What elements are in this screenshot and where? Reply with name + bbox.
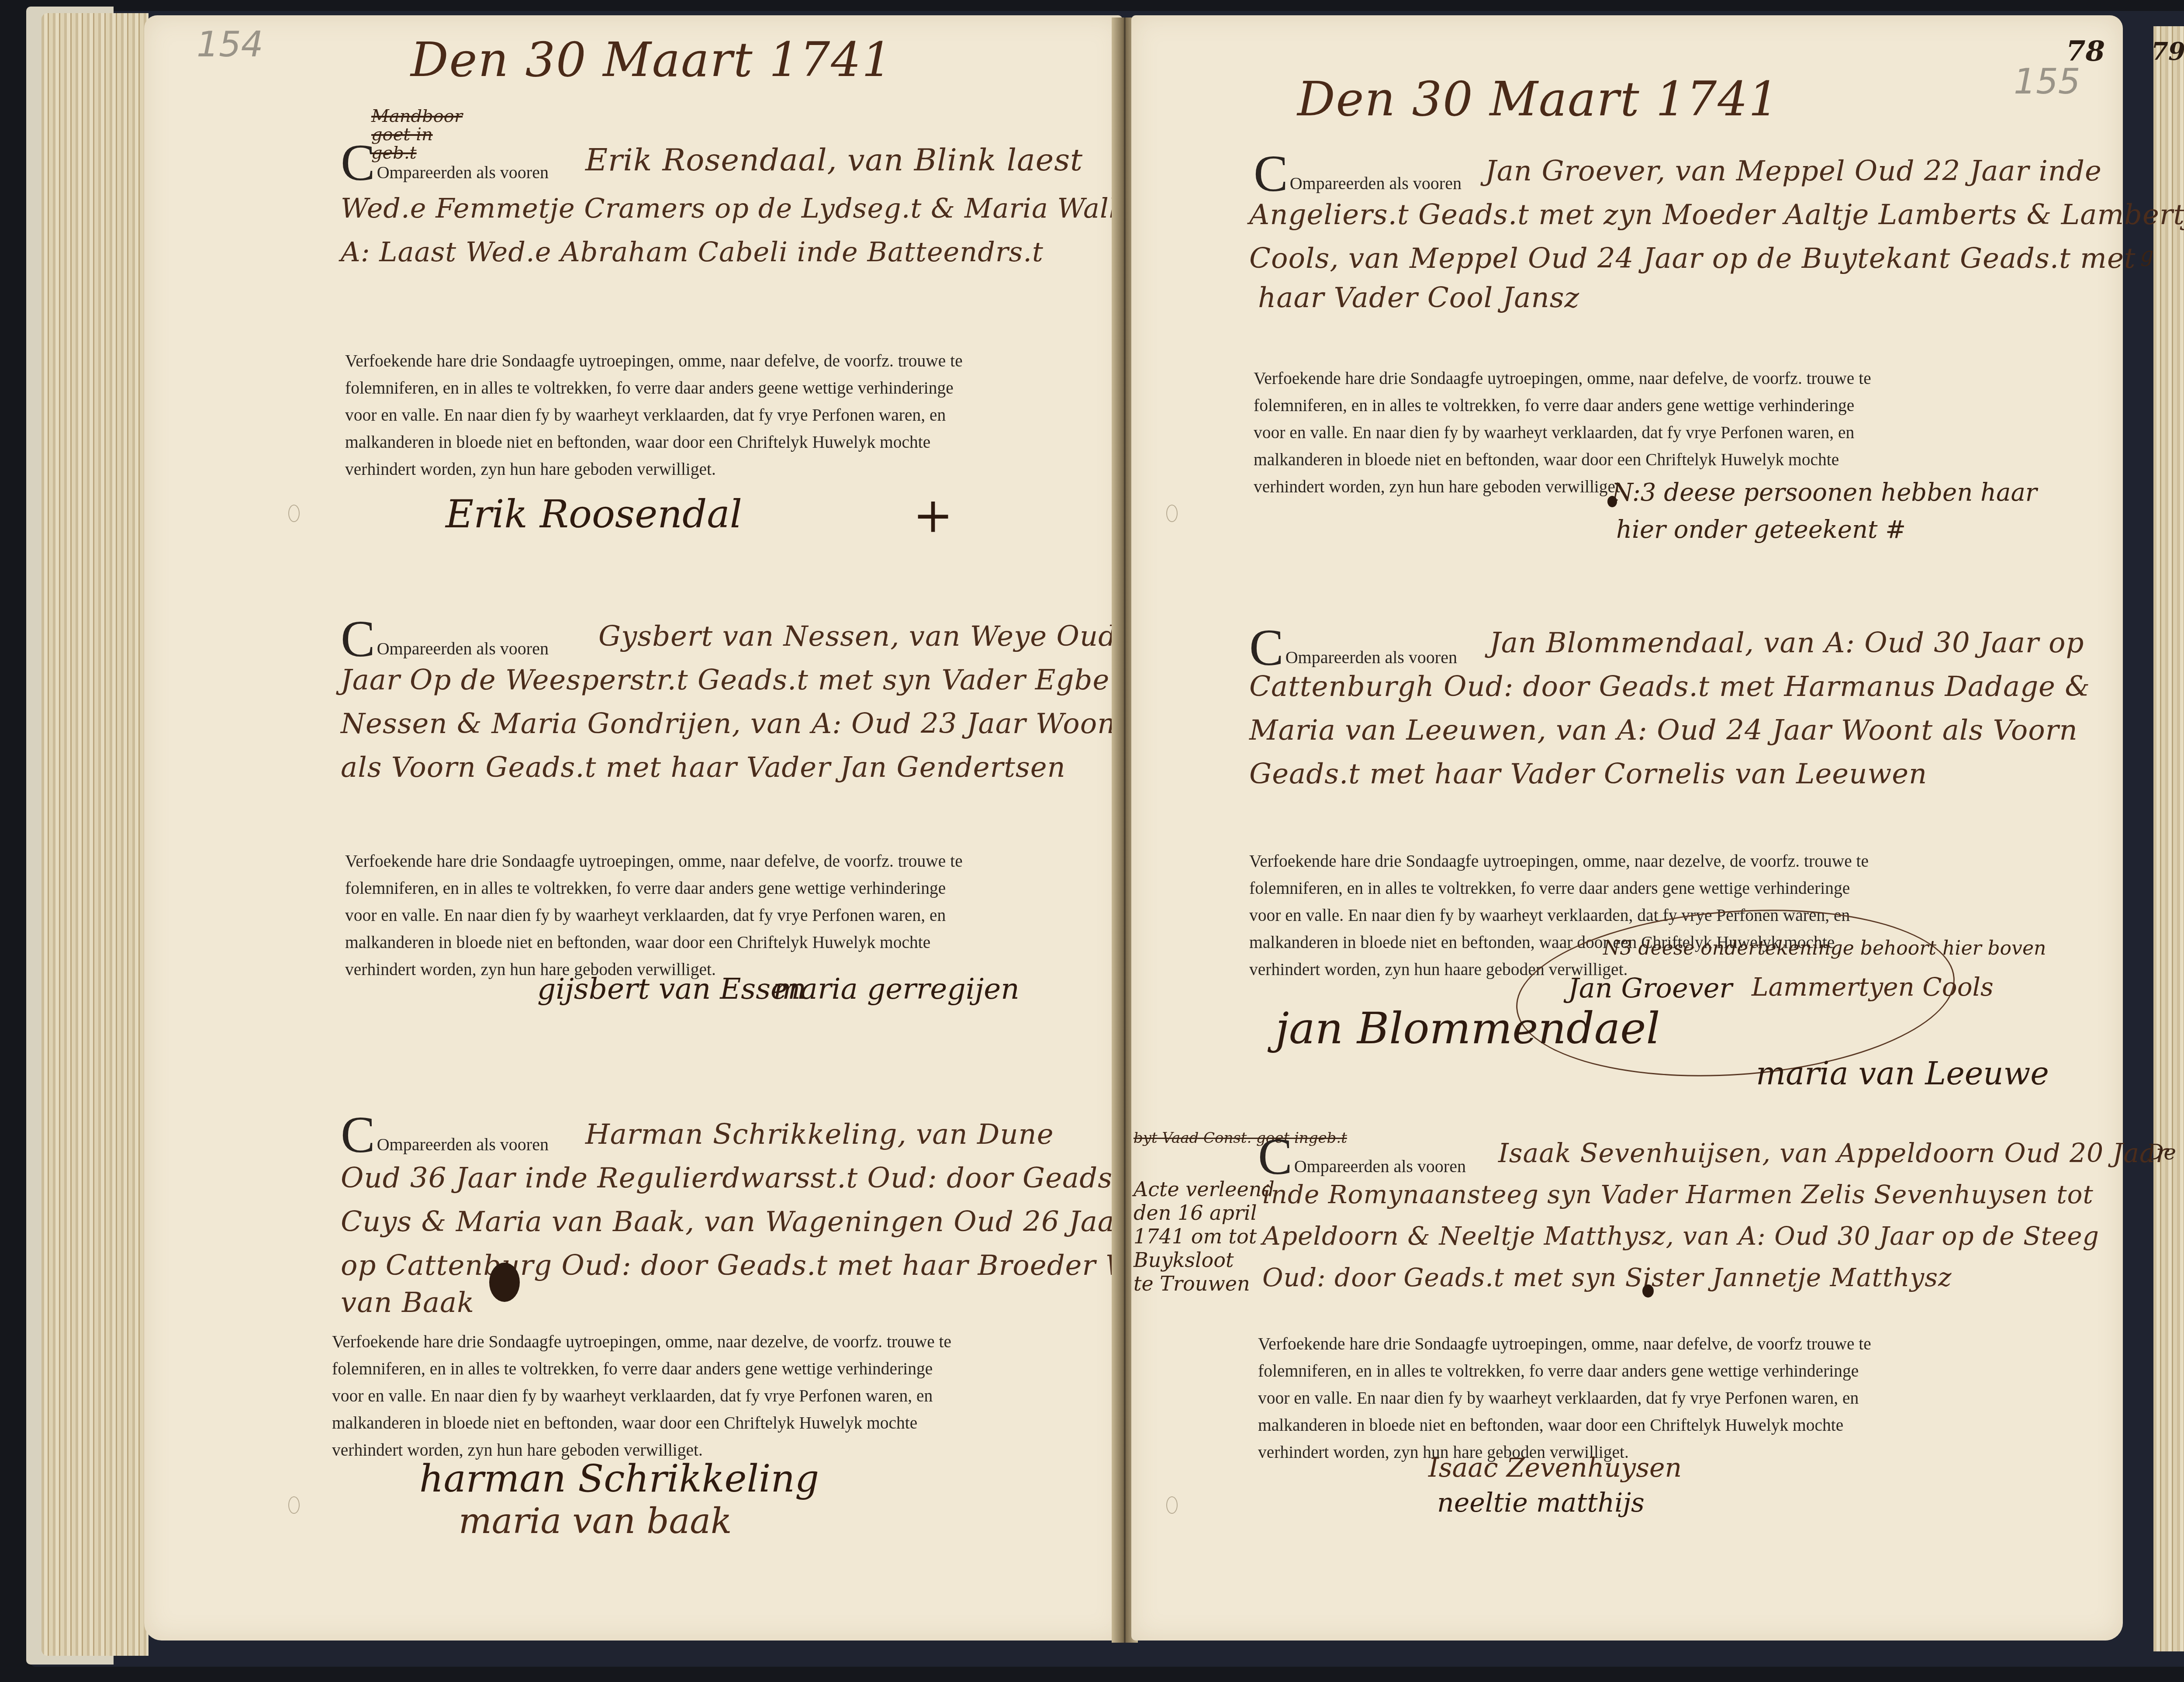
signature-groom: Erik Roosendal bbox=[446, 491, 742, 536]
signature-bride: maria gerregijen bbox=[773, 972, 1019, 1006]
handwritten-line: Geads.t met haar Vader Cornelis van Leeu… bbox=[1249, 758, 1927, 790]
printed-formula: Verfoekende hare drie Sondaagfe uytroepi… bbox=[345, 347, 963, 483]
handwritten-line: Jan Groever, van Meppel Oud 22 Jaar inde bbox=[1485, 155, 2102, 187]
handwritten-line: Oud: door Geads.t met syn Sister Jannetj… bbox=[1262, 1263, 1952, 1292]
handwritten-line: Cattenburgh Oud: door Geads.t met Harman… bbox=[1249, 671, 2090, 703]
handwritten-line: op Cattenburg Oud: door Geads.t met haar… bbox=[341, 1249, 1206, 1282]
handwritten-line: Harman Schrikkeling, van Dune bbox=[585, 1118, 1054, 1151]
printed-formula: Verfoekende hare drie Sondaagfe uytroepi… bbox=[332, 1328, 951, 1464]
handwritten-line: Maria van Leeuwen, van A: Oud 24 Jaar Wo… bbox=[1249, 714, 2078, 747]
pencil-folio-number: 155 bbox=[2014, 61, 2080, 102]
margin-note-line: 1741 om tot bbox=[1133, 1225, 1247, 1248]
struck-margin-note: byt Vaad Const. goet ingeb.t bbox=[1133, 1129, 1247, 1147]
ink-blot bbox=[1642, 1284, 1654, 1298]
binding-hole bbox=[288, 1496, 300, 1514]
entry-lead: C Ompareerden als vooren bbox=[341, 616, 549, 662]
circled-signature-groom: Jan Groever bbox=[1568, 972, 1732, 1004]
handwritten-line: Jaar Op de Weesperstr.t Geads.t met syn … bbox=[341, 664, 1196, 696]
margin-note-line: Buyksloot bbox=[1133, 1248, 1247, 1272]
printed-lead-text: Ompareerden als vooren bbox=[377, 1134, 549, 1155]
binding-hole bbox=[288, 505, 300, 522]
initial-c: C bbox=[1249, 625, 1284, 671]
pencil-folio-number: 154 bbox=[197, 24, 263, 65]
signature-groom: Isaac Zevenhuysen bbox=[1428, 1453, 1682, 1483]
handwritten-line: haar Vader Cool Jansz bbox=[1258, 282, 1579, 314]
printed-formula: Verfoekende hare drie Sondaagfe uytroepi… bbox=[1258, 1330, 1871, 1466]
entry-lead: C Ompareerden als vooren bbox=[1249, 625, 1457, 671]
signature-groom: jan Blommendael bbox=[1275, 1003, 1660, 1054]
printed-lead-text: Ompareerden als vooren bbox=[1286, 647, 1457, 668]
handwritten-line: Apeldoorn & Neeltje Matthysz, van A: Oud… bbox=[1262, 1221, 2099, 1251]
binding-hole bbox=[1166, 1496, 1178, 1514]
printed-lead-text: Ompareerden als vooren bbox=[377, 162, 549, 183]
handwritten-line: als Voorn Geads.t met haar Vader Jan Gen… bbox=[341, 751, 1066, 784]
handwritten-line: Isaak Sevenhuijsen, van Appeldoorn Oud 2… bbox=[1498, 1138, 2169, 1169]
signature-bride: neeltie matthijs bbox=[1437, 1488, 1645, 1518]
handwritten-line: Jan Blommendaal, van A: Oud 30 Jaar op bbox=[1489, 627, 2084, 659]
cross-mark-signature: + bbox=[913, 487, 953, 543]
handwritten-line: van Baak bbox=[341, 1287, 474, 1319]
right-page: 78 155 Den 30 Maart 1741 C Ompareerden a… bbox=[1131, 15, 2123, 1640]
next-leaf-fragment: g bbox=[2140, 242, 2154, 267]
margin-note-line: Acte verleend bbox=[1133, 1177, 1247, 1201]
initial-c: C bbox=[341, 616, 375, 662]
circled-signature-bride: Lammertyen Cools bbox=[1752, 972, 1994, 1002]
binding-hole bbox=[1166, 505, 1178, 522]
ink-blot bbox=[489, 1263, 520, 1302]
entry-lead: C Ompareerden als vooren bbox=[341, 1112, 549, 1158]
page-edges-left bbox=[41, 13, 149, 1656]
ink-dot bbox=[1607, 496, 1617, 507]
entry-lead: C Ompareerden als vooren bbox=[1254, 151, 1462, 197]
margin-note-line: den 16 april bbox=[1133, 1201, 1247, 1225]
printed-lead-text: Ompareerden als vooren bbox=[1290, 173, 1462, 194]
initial-c: C bbox=[341, 140, 375, 186]
initial-c: C bbox=[1254, 151, 1288, 197]
printed-formula: Verfoekende hare drie Sondaagfe uytroepi… bbox=[345, 848, 963, 983]
handwritten-line: Cuys & Maria van Baak, van Wageningen Ou… bbox=[341, 1206, 1129, 1238]
handwritten-line: inde Romynaansteeg syn Vader Harmen Zeli… bbox=[1262, 1180, 2094, 1209]
date-heading: Den 30 Maart 1741 bbox=[411, 33, 893, 87]
left-margin-notes: byt Vaad Const. goet ingeb.t Acte verlee… bbox=[1133, 1129, 1247, 1295]
next-leaf-folio: 79 bbox=[2151, 37, 2184, 66]
handwritten-line: Wed.e Femmetje Cramers op de Lydseg.t & … bbox=[341, 192, 1210, 224]
handwritten-line: Cools, van Meppel Oud 24 Jaar op de Buyt… bbox=[1249, 242, 2136, 275]
signature-bride: maria van baak bbox=[459, 1501, 732, 1541]
annotation-note: N:3 deese persoonen hebben haar bbox=[1612, 478, 2037, 507]
initial-c: C bbox=[341, 1112, 375, 1158]
printed-lead-text: Ompareerden als vooren bbox=[1294, 1156, 1466, 1177]
entry-lead: C Ompareerden als vooren bbox=[341, 140, 549, 186]
next-leaf-fragment: De bbox=[2147, 1140, 2176, 1165]
initial-c: C bbox=[1258, 1134, 1292, 1180]
date-heading: Den 30 Maart 1741 bbox=[1297, 72, 1780, 127]
page-edges-right bbox=[2153, 26, 2184, 1651]
entry-lead: C Ompareerden als vooren bbox=[1258, 1134, 1466, 1180]
handwritten-line: Erik Rosendaal, van Blink laest bbox=[585, 142, 1083, 178]
annotation-note: hier onder geteekent # bbox=[1616, 516, 1906, 544]
left-page: 154 Den 30 Maart 1741 Mandboor goet in g… bbox=[144, 15, 1123, 1640]
signature-groom: gijsbert van Essen bbox=[537, 972, 806, 1006]
handwritten-line: Gysbert van Nessen, van Weye Oud 23 bbox=[598, 620, 1162, 653]
margin-note-line: te Trouwen bbox=[1133, 1272, 1247, 1295]
handwritten-line: Angeliers.t Geads.t met zyn Moeder Aaltj… bbox=[1249, 199, 2184, 231]
signature-groom: harman Schrikkeling bbox=[419, 1457, 819, 1501]
handwritten-line: Nessen & Maria Gondrijen, van A: Oud 23 … bbox=[341, 708, 1116, 740]
circled-note: N3 deese ondertekeninge behoort hier bov… bbox=[1603, 937, 2046, 959]
handwritten-line: A: Laast Wed.e Abraham Cabeli inde Batte… bbox=[341, 236, 1044, 268]
printed-lead-text: Ompareerden als vooren bbox=[377, 638, 549, 659]
signature-bride: maria van Leeuwe bbox=[1756, 1055, 2049, 1092]
